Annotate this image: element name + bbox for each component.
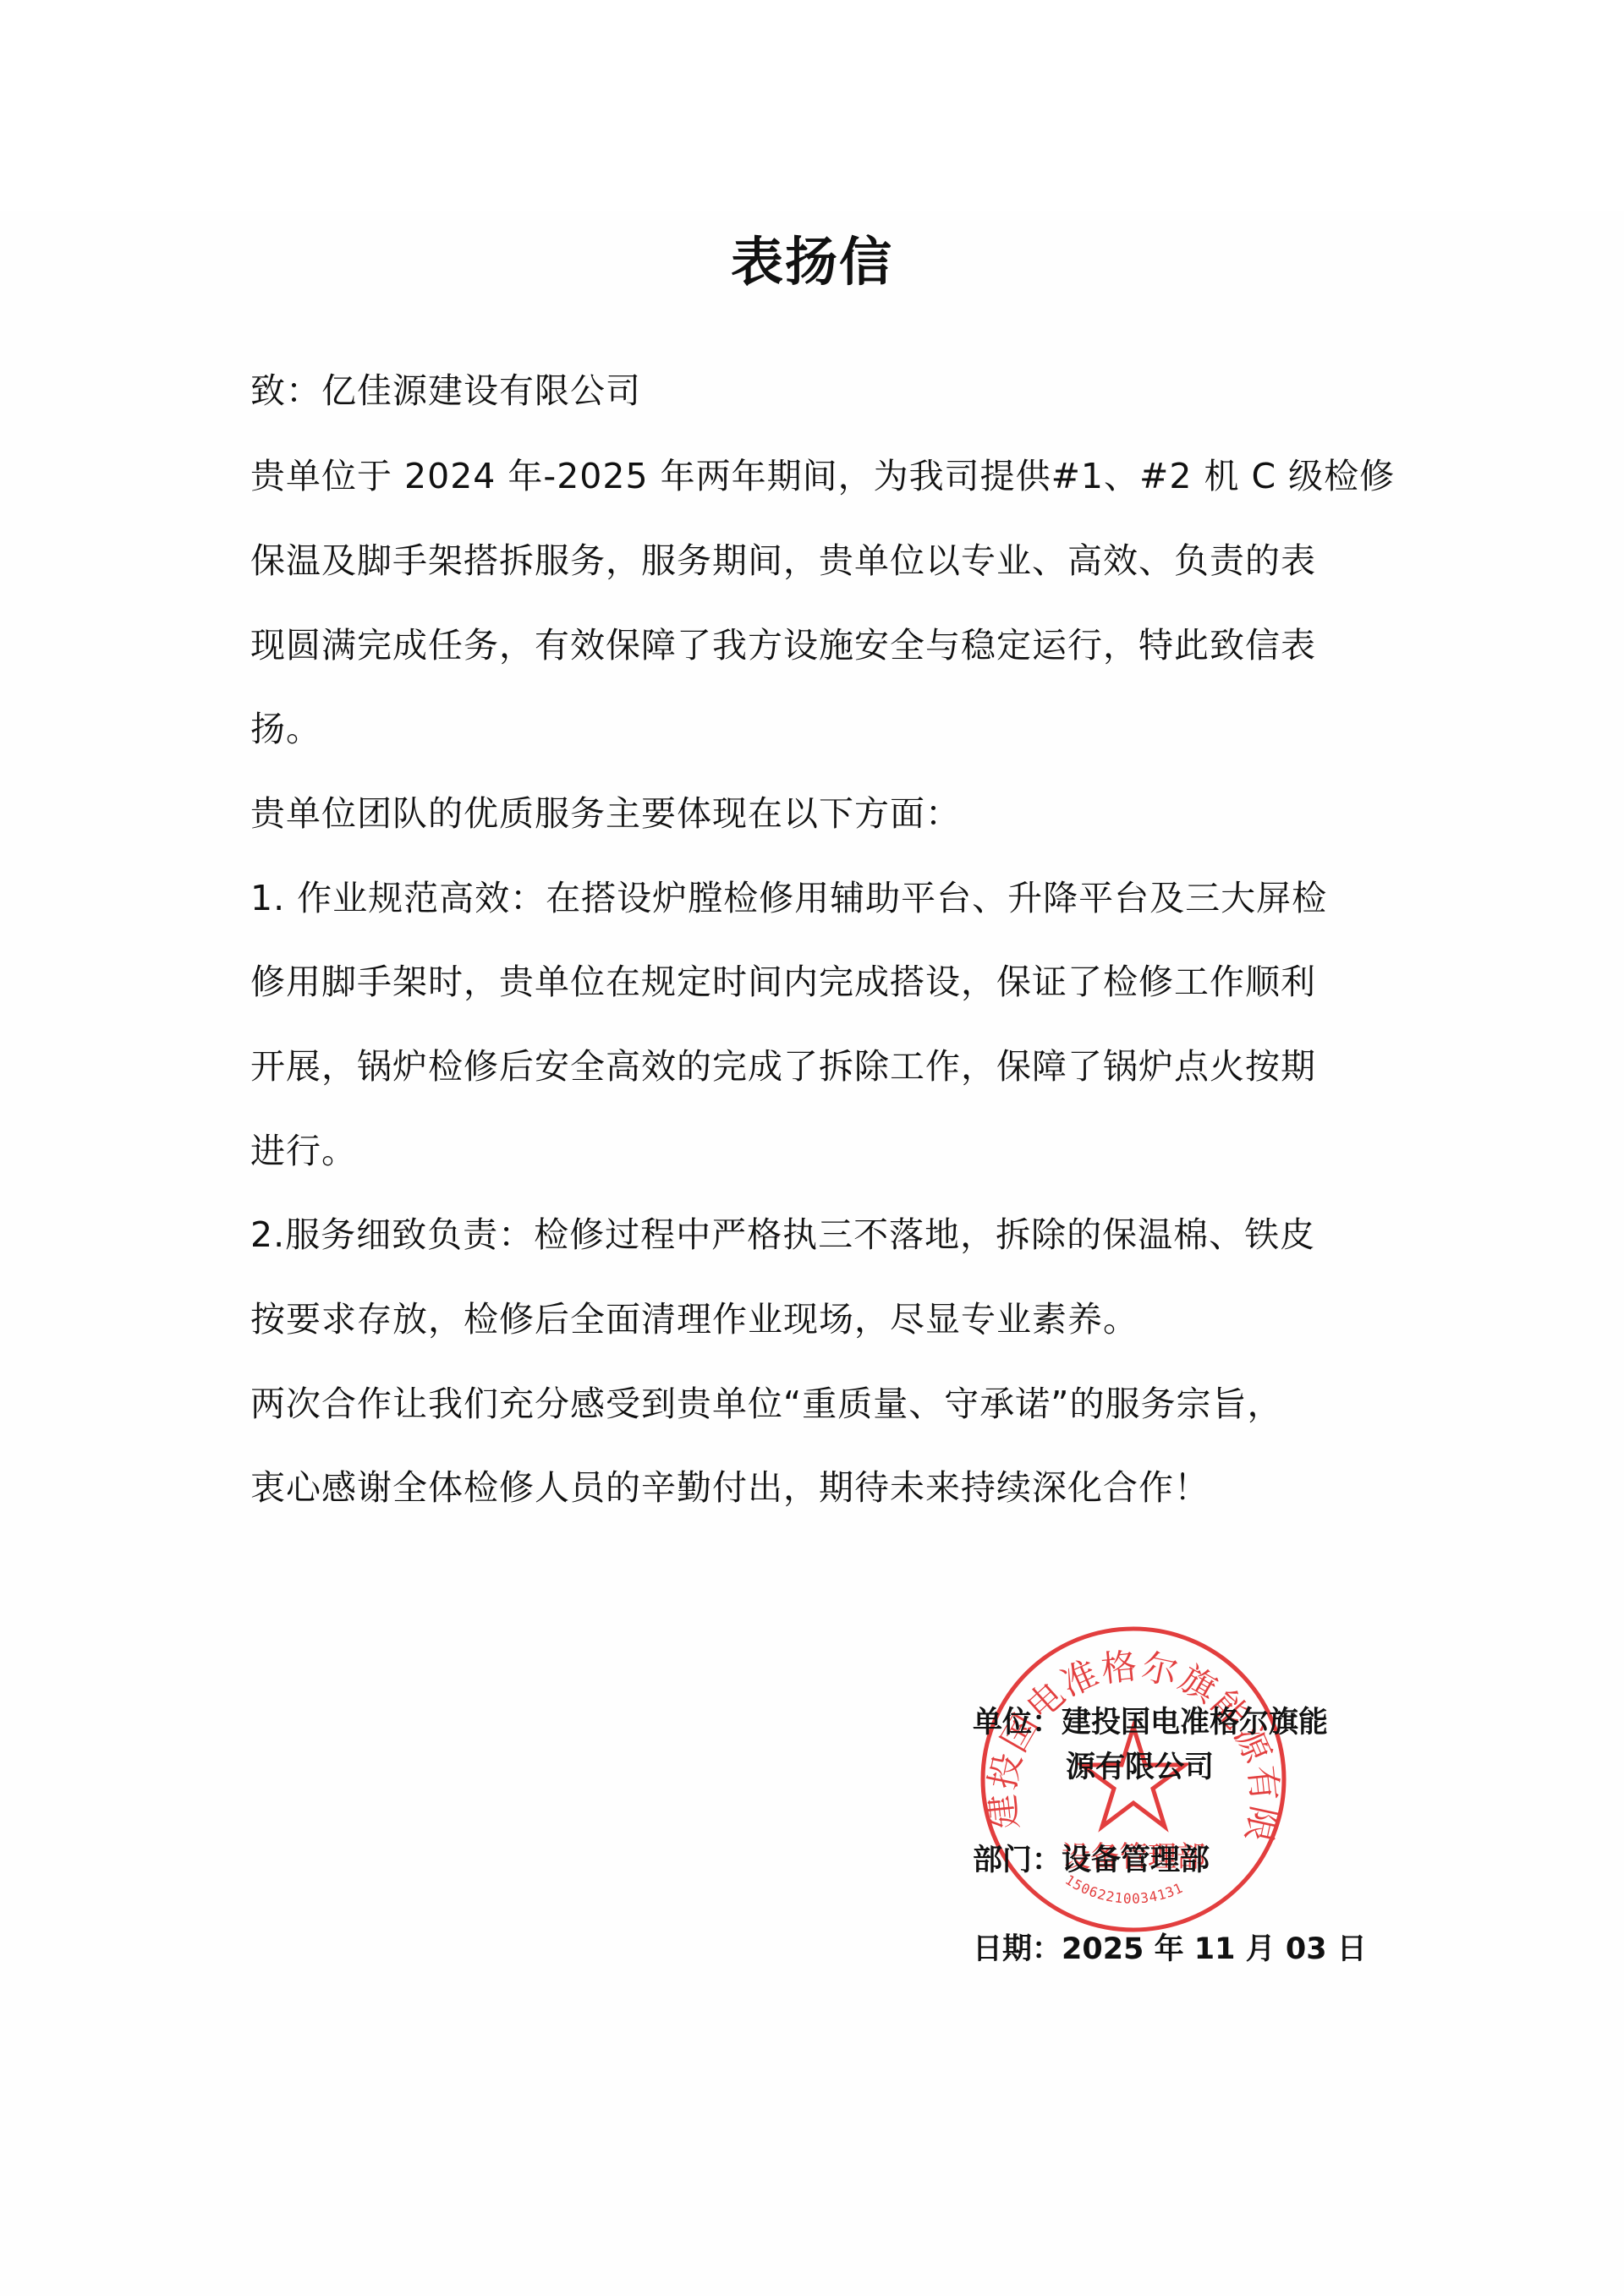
- body-line: 贵单位团队的优质服务主要体现在以下方面：: [250, 788, 1375, 839]
- signature-department: 部门：设备管理部: [973, 1839, 1210, 1882]
- body-line: 开展，锅炉检修后安全高效的完成了拆除工作，保障了锅炉点火按期: [250, 1041, 1375, 1092]
- body-line: 进行。: [250, 1126, 1375, 1176]
- body-line: 现圆满完成任务，有效保障了我方设施安全与稳定运行，特此致信表: [250, 620, 1375, 671]
- recipient-line: 致：亿佳源建设有限公司: [250, 365, 1375, 416]
- body-line: 按要求存放，检修后全面清理作业现场，尽显专业素养。: [250, 1294, 1375, 1345]
- body-line: 两次合作让我们充分感受到贵单位“重质量、守承诺”的服务宗旨，: [250, 1378, 1375, 1429]
- body-line: 1. 作业规范高效：在搭设炉膛检修用辅助平台、升降平台及三大屏检: [250, 873, 1375, 923]
- body-line: 贵单位于 2024 年-2025 年两年期间，为我司提供#1、#2 机 C 级检…: [250, 451, 1375, 501]
- letter-title: 表扬信: [0, 228, 1624, 296]
- signature-date: 日期：2025 年 11 月 03 日: [973, 1928, 1367, 1970]
- body-line: 扬。: [250, 704, 1375, 754]
- signature-unit-line2: 源有限公司: [1066, 1746, 1214, 1789]
- body-line: 修用脚手架时，贵单位在规定时间内完成搭设，保证了检修工作顺利: [250, 956, 1375, 1007]
- body-line: 2.服务细致负责：检修过程中严格执三不落地，拆除的保温棉、铁皮: [250, 1209, 1375, 1260]
- body-line: 保温及脚手架搭拆服务，服务期间，贵单位以专业、高效、负责的表: [250, 535, 1375, 586]
- body-line: 衷心感谢全体检修人员的辛勤付出，期待未来持续深化合作！: [250, 1462, 1375, 1513]
- signature-unit-line1: 单位：建投国电准格尔旗能: [973, 1701, 1328, 1744]
